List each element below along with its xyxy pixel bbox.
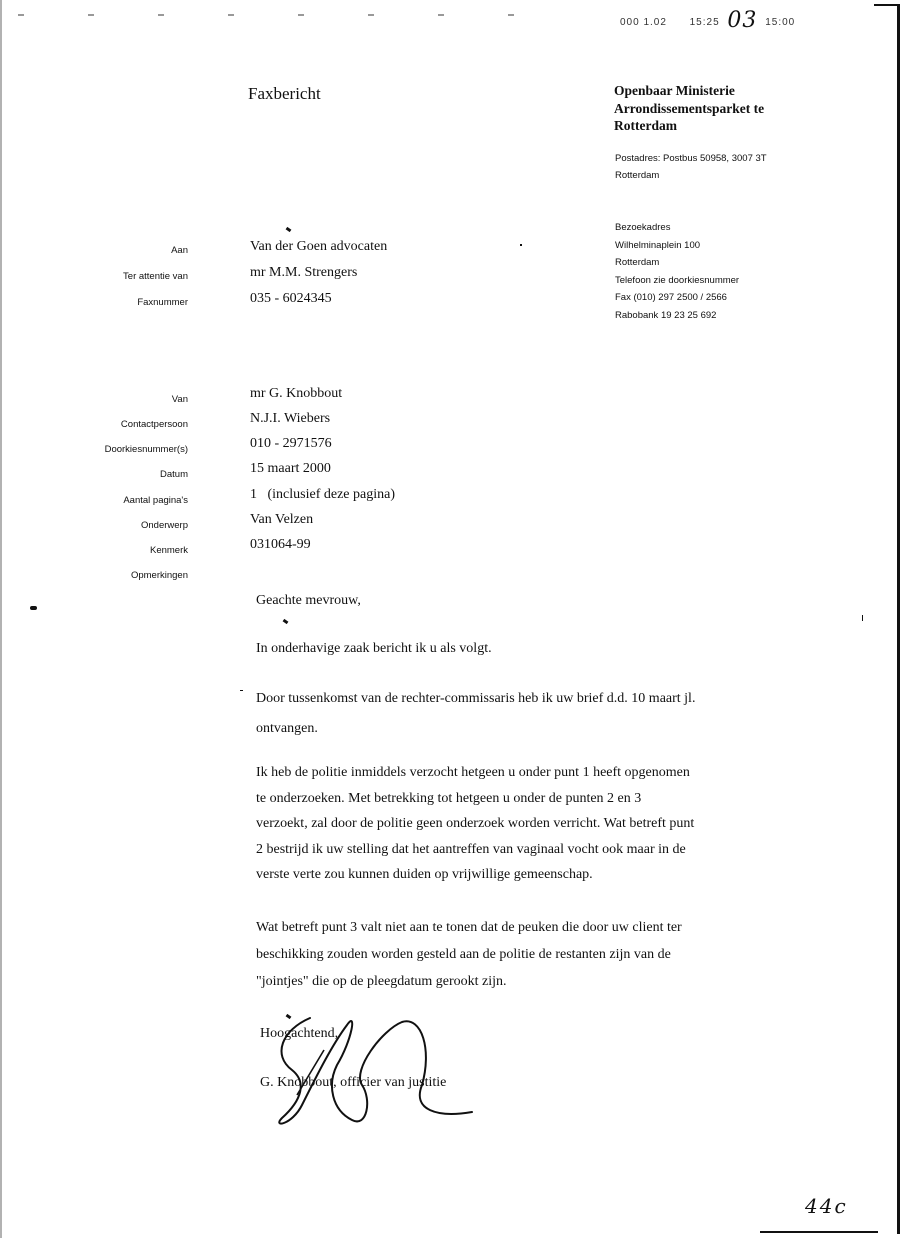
field-label-opmerkingen: Opmerkingen: [2, 570, 188, 581]
field-label-kenmerk: Kenmerk: [2, 545, 188, 556]
field-value-onderwerp: Van Velzen: [250, 512, 313, 528]
scan-speck: [520, 244, 522, 246]
paragraph-line: verste verte zou kunnen duiden op vrijwi…: [256, 862, 694, 888]
letter-paragraph-4: Wat betreft punt 3 valt niet aan te tone…: [256, 914, 682, 995]
field-label-doorkiesnummer: Doorkiesnummer(s): [2, 444, 188, 455]
field-value-kenmerk: 031064-99: [250, 537, 311, 553]
fax-header-strip: [18, 14, 578, 16]
field-label-aantal-paginas: Aantal pagina's: [2, 495, 188, 506]
visit-address: Bezoekadres Wilhelminaplein 100 Rotterda…: [615, 219, 739, 324]
field-label-ter-attentie: Ter attentie van: [2, 271, 188, 282]
visit-address-line: Rabobank 19 23 25 692: [615, 307, 739, 325]
field-label-contactpersoon: Contactpersoon: [2, 419, 188, 430]
handwritten-signature: [262, 1010, 482, 1130]
scan-edge-bottom: [760, 1231, 878, 1233]
paragraph-line: verzoekt, zal door de politie geen onder…: [256, 811, 694, 837]
visit-address-line: Wilhelminaplein 100: [615, 237, 739, 255]
field-value-aan: Van der Goen advocaten: [250, 239, 387, 255]
fax-header-right: 15:00: [765, 17, 795, 28]
letter-paragraph-3: Ik heb de politie inmiddels verzocht het…: [256, 760, 694, 888]
paragraph-line: Wat betreft punt 3 valt niet aan te tone…: [256, 914, 682, 941]
field-value-datum: 15 maart 2000: [250, 461, 331, 477]
paragraph-line: Door tussenkomst van de rechter-commissa…: [256, 684, 695, 714]
fax-header-left: 000 1.02: [620, 17, 667, 28]
scan-speck: [30, 606, 37, 610]
letter-paragraph-2: Door tussenkomst van de rechter-commissa…: [256, 684, 695, 744]
field-value-faxnummer: 035 - 6024345: [250, 291, 332, 307]
fax-transmission-header: 000 1.02 15:25 03 15:00: [620, 6, 795, 31]
field-value-van: mr G. Knobbout: [250, 386, 342, 402]
field-label-aan: Aan: [2, 245, 188, 256]
paragraph-line: "jointjes" die op de pleegdatum gerookt …: [256, 968, 682, 995]
field-label-datum: Datum: [2, 469, 188, 480]
visit-address-line: Bezoekadres: [615, 219, 739, 237]
document-title: Faxbericht: [248, 84, 321, 104]
letter-paragraph-1: In onderhavige zaak bericht ik u als vol…: [256, 636, 492, 662]
scan-speck: [862, 615, 863, 621]
handwritten-date-mark: 03: [727, 8, 757, 33]
paragraph-line: beschikking zouden worden gesteld aan de…: [256, 941, 682, 968]
fax-header-time: 15:25: [690, 17, 720, 28]
paragraph-line: 2 bestrijd ik uw stelling dat het aantre…: [256, 837, 694, 863]
paragraph-line: ontvangen.: [256, 714, 695, 744]
fax-document-page: 000 1.02 15:25 03 15:00 Faxbericht Openb…: [0, 0, 900, 1238]
sender-organization: Openbaar Ministerie Arrondissementsparke…: [614, 82, 814, 135]
scan-speck: [240, 690, 243, 691]
field-label-van: Van: [2, 394, 188, 405]
org-name-line: Arrondissementsparket te: [614, 100, 814, 118]
salutation: Geachte mevrouw,: [256, 588, 361, 614]
org-name-line: Rotterdam: [614, 117, 814, 135]
field-value-contactpersoon: N.J.I. Wiebers: [250, 411, 330, 427]
scan-speck: [286, 227, 292, 232]
postal-address-line: Postadres: Postbus 50958, 3007 3T: [615, 150, 815, 167]
field-label-onderwerp: Onderwerp: [2, 520, 188, 531]
visit-address-line: Telefoon zie doorkiesnummer: [615, 272, 739, 290]
postal-address: Postadres: Postbus 50958, 3007 3T Rotter…: [615, 150, 815, 184]
paragraph-line: te onderzoeken. Met betrekking tot hetge…: [256, 786, 694, 812]
handwritten-page-note: 44c: [805, 1194, 848, 1218]
scan-edge-top: [874, 4, 900, 6]
scan-edge-left: [0, 0, 2, 1238]
scan-speck: [283, 619, 289, 624]
postal-address-line: Rotterdam: [615, 167, 815, 184]
visit-address-line: Fax (010) 297 2500 / 2566: [615, 289, 739, 307]
field-value-ter-attentie: mr M.M. Strengers: [250, 265, 357, 281]
paragraph-line: In onderhavige zaak bericht ik u als vol…: [256, 636, 492, 662]
visit-address-line: Rotterdam: [615, 254, 739, 272]
field-label-faxnummer: Faxnummer: [2, 297, 188, 308]
org-name-line: Openbaar Ministerie: [614, 82, 814, 100]
field-value-doorkiesnummer: 010 - 2971576: [250, 436, 332, 452]
paragraph-line: Ik heb de politie inmiddels verzocht het…: [256, 760, 694, 786]
field-value-aantal-paginas: 1 (inclusief deze pagina): [250, 487, 395, 503]
